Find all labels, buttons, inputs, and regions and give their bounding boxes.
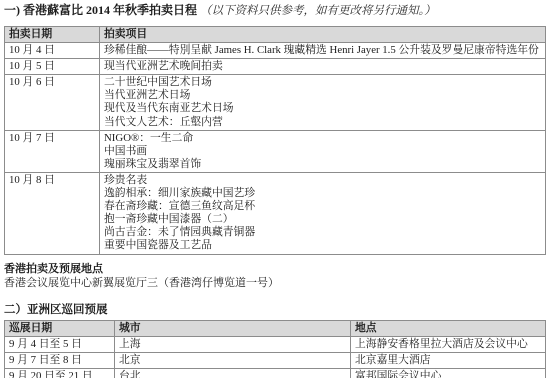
auction-date-cell: 10 月 5 日 [5,59,100,75]
auction-table-row: 10 月 4 日 珍稀佳酿——特別呈献 James H. Clark 瑰藏精选 … [5,43,546,59]
auction-table-row: 10 月 7 日 NIGO®：一生二命 中国书画 瑰丽珠宝及翡翠首饰 [5,130,546,172]
document-title-note: （以下资料只供参考，如有更改将另行通知。） [200,5,436,17]
auction-item-line: 逸韵相承：细川家族藏中国艺珍 [104,187,541,200]
auction-item-line: 春在斋珍藏：宣德三鱼纹高足杯 [104,200,541,213]
preview-tour-table: 巡展日期 城市 地点 9 月 4 日至 5 日 上海 上海静安香格里拉大酒店及会… [4,320,546,378]
preview-venue-cell: 上海静安香格里拉大酒店及会议中心 [351,336,546,352]
document-title: 一) 香港蘇富比 2014 年秋季拍卖日程 （以下资料只供参考，如有更改将另行通… [4,3,546,19]
column-header-preview-venue: 地点 [351,320,546,336]
auction-item-line: 重要中国瓷器及工艺品 [104,239,541,252]
auction-item-line: 抱一斋珍藏中国漆器（二） [104,213,541,226]
auction-table-header-row: 拍卖日期 拍卖项目 [5,27,546,43]
auction-item-line: 中国书画 [104,145,541,158]
auction-item-line: 现代及当代东南亚艺术日场 [104,102,541,115]
auction-item-line: NIGO®：一生二命 [104,132,541,145]
preview-city-cell: 台北 [115,368,351,378]
auction-date-cell: 10 月 7 日 [5,130,100,172]
preview-city-cell: 上海 [115,336,351,352]
preview-table-row: 9 月 4 日至 5 日 上海 上海静安香格里拉大酒店及会议中心 [5,336,546,352]
preview-table-row: 9 月 7 日至 8 日 北京 北京嘉里大酒店 [5,352,546,368]
auction-items-cell: 珍贵名表 逸韵相承：细川家族藏中国艺珍 春在斋珍藏：宣德三鱼纹高足杯 抱一斋珍藏… [100,172,546,254]
preview-venue-cell: 富邦国际会议中心 [351,368,546,378]
auction-item-line: 珍稀佳酿——特別呈献 James H. Clark 瑰藏精选 Henri Jay… [104,44,541,57]
auction-date-cell: 10 月 8 日 [5,172,100,254]
venue-section: 香港拍卖及预展地点 香港会议展览中心新翼展览厅三（香港湾仔博览道一号） [4,262,546,290]
preview-venue-cell: 北京嘉里大酒店 [351,352,546,368]
auction-date-cell: 10 月 6 日 [5,75,100,130]
auction-items-cell: NIGO®：一生二命 中国书画 瑰丽珠宝及翡翠首饰 [100,130,546,172]
column-header-auction-items: 拍卖项目 [100,27,546,43]
auction-item-line: 当代亚洲艺术日场 [104,89,541,102]
auction-item-line: 二十世纪中国艺术日场 [104,76,541,89]
auction-schedule-table: 拍卖日期 拍卖项目 10 月 4 日 珍稀佳酿——特別呈献 James H. C… [4,26,546,255]
preview-date-cell: 9 月 20 日至 21 日 [5,368,115,378]
document-page: 一) 香港蘇富比 2014 年秋季拍卖日程 （以下资料只供参考，如有更改将另行通… [0,0,550,378]
auction-table-row: 10 月 8 日 珍贵名表 逸韵相承：细川家族藏中国艺珍 春在斋珍藏：宣德三鱼纹… [5,172,546,254]
preview-date-cell: 9 月 7 日至 8 日 [5,352,115,368]
auction-item-line: 尚古吉金：未了情园典藏青铜器 [104,226,541,239]
auction-item-line: 瑰丽珠宝及翡翠首饰 [104,158,541,171]
column-header-preview-date: 巡展日期 [5,320,115,336]
auction-items-cell: 现当代亚洲艺术晚间拍卖 [100,59,546,75]
auction-table-row: 10 月 5 日 现当代亚洲艺术晚间拍卖 [5,59,546,75]
auction-date-cell: 10 月 4 日 [5,43,100,59]
preview-section-title: 二）亚洲区巡回预展 [4,303,546,317]
column-header-auction-date: 拍卖日期 [5,27,100,43]
preview-table-row: 9 月 20 日至 21 日 台北 富邦国际会议中心 [5,368,546,378]
auction-items-cell: 二十世纪中国艺术日场 当代亚洲艺术日场 现代及当代东南亚艺术日场 当代文人艺术：… [100,75,546,130]
auction-item-line: 当代文人艺术：丘壑内营 [104,116,541,129]
auction-item-line: 现当代亚洲艺术晚间拍卖 [104,60,541,73]
column-header-preview-city: 城市 [115,320,351,336]
document-title-main: 一) 香港蘇富比 2014 年秋季拍卖日程 [4,3,197,17]
auction-table-row: 10 月 6 日 二十世纪中国艺术日场 当代亚洲艺术日场 现代及当代东南亚艺术日… [5,75,546,130]
preview-date-cell: 9 月 4 日至 5 日 [5,336,115,352]
preview-city-cell: 北京 [115,352,351,368]
venue-address: 香港会议展览中心新翼展览厅三（香港湾仔博览道一号） [4,276,546,290]
preview-table-header-row: 巡展日期 城市 地点 [5,320,546,336]
auction-items-cell: 珍稀佳酿——特別呈献 James H. Clark 瑰藏精选 Henri Jay… [100,43,546,59]
venue-section-title: 香港拍卖及预展地点 [4,262,546,276]
auction-item-line: 珍贵名表 [104,174,541,187]
